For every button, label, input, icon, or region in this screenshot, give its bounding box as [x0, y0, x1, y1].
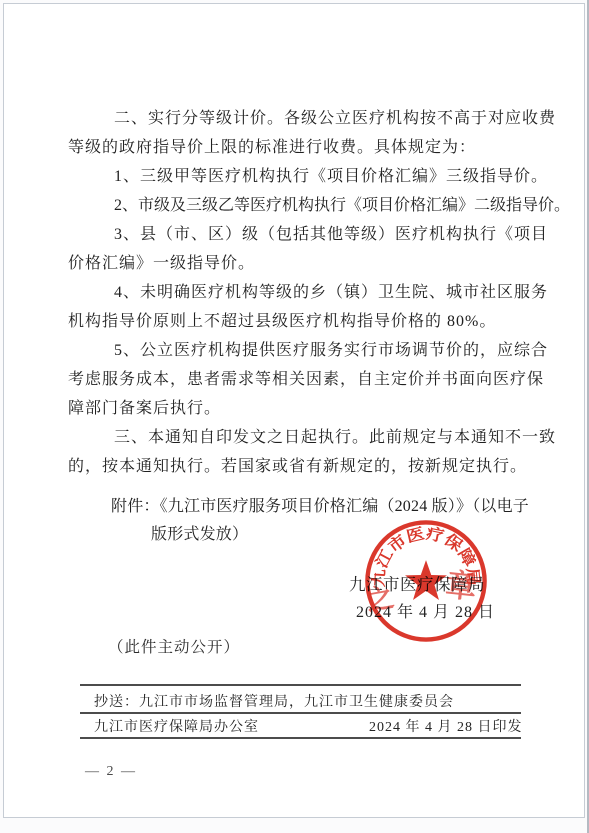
body-line: 3、县（市、区）级（包括其他等级）医疗机构执行《项目	[68, 220, 564, 249]
footer-divider-top	[80, 684, 521, 686]
scan-background: { "document": { "body_lines": [ {"text":…	[0, 0, 589, 833]
footer-office: 九江市医疗保障局办公室	[94, 716, 259, 736]
disclosure-note: （此件主动公开）	[108, 635, 240, 657]
body-paragraphs: 二、实行分等级计价。各级公立医疗机构按不高于对应收费等级的政府指导价上限的标准进…	[68, 104, 564, 481]
body-line: 2、市级及三级乙等医疗机构执行《项目价格汇编》二级指导价。	[68, 191, 564, 220]
body-line: 三、本通知自印发文之日起执行。此前规定与本通知不一致	[68, 423, 564, 452]
seal-right-mark: 章	[444, 566, 479, 605]
footer-divider-middle	[80, 712, 521, 714]
body-line: 障部门备案后执行。	[68, 394, 564, 423]
footer-cc-line: 抄送：九江市市场监督管理局，九江市卫生健康委员会	[94, 691, 454, 711]
body-line: 机构指导价原则上不超过县级医疗机构指导价格的 80%。	[68, 307, 564, 336]
body-line: 价格汇编》一级指导价。	[68, 249, 564, 278]
seal-left-mark: 之	[364, 582, 396, 616]
body-line: 等级的政府指导价上限的标准进行收费。具体规定为：	[68, 133, 564, 162]
document-page: 二、实行分等级计价。各级公立医疗机构按不高于对应收费等级的政府指导价上限的标准进…	[3, 3, 585, 818]
body-line: 考虑服务成本，患者需求等相关因素，自主定价并书面向医疗保	[68, 365, 564, 394]
footer-print-date: 2024 年 4 月 28 日印发	[369, 716, 523, 736]
footer-divider-bottom	[80, 737, 521, 739]
official-seal-stamp: 九江市医疗保障局 之 章	[358, 513, 494, 649]
page-number: — 2 —	[85, 764, 137, 780]
body-line: 1、三级甲等医疗机构执行《项目价格汇编》三级指导价。	[68, 162, 564, 191]
seal-star-icon	[405, 560, 447, 600]
body-line: 4、未明确医疗机构等级的乡（镇）卫生院、城市社区服务	[68, 278, 564, 307]
body-line: 的，按本通知执行。若国家或省有新规定的，按新规定执行。	[68, 452, 564, 481]
body-line: 5、公立医疗机构提供医疗服务实行市场调节价的，应综合	[68, 336, 564, 365]
body-line: 二、实行分等级计价。各级公立医疗机构按不高于对应收费	[68, 104, 564, 133]
